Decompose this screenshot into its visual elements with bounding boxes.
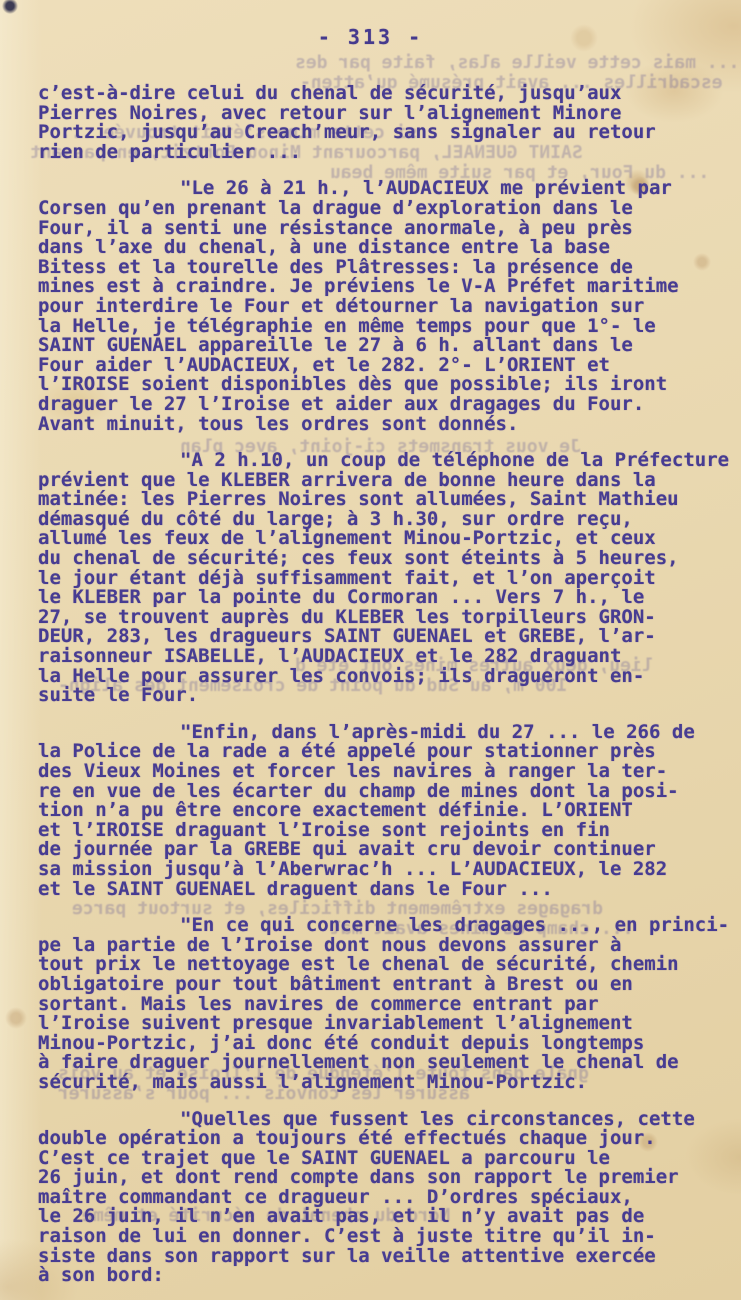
page-number: - 313 - xyxy=(0,25,741,49)
text-line: sécurité, mais aussi l’alignement Minou-… xyxy=(38,1073,714,1093)
text-line: matinée: les Pierres Noires sont allumée… xyxy=(38,490,714,510)
text-line: "En ce qui concerne les dragages ..., en… xyxy=(180,916,714,936)
text-line: tout prix le nettoyage est le chenal de … xyxy=(38,955,714,975)
text-line: obligatoire pour tout bâtiment entrant à… xyxy=(38,975,714,995)
text-line: raison de lui en donner. C’est à juste t… xyxy=(38,1227,714,1247)
text-line: du chenal de sécurité; ces feux sont éte… xyxy=(38,549,714,569)
text-line: à faire draguer journellement non seulem… xyxy=(38,1053,714,1073)
text-line: Portzic, jusqu’au Creach’meur, sans sign… xyxy=(38,123,714,143)
text-line: le KLEBER par la pointe du Cormoran ... … xyxy=(38,588,714,608)
text-line: mines est à craindre. Je préviens le V-A… xyxy=(38,277,714,297)
text-line: Avant minuit, tous les ordres sont donné… xyxy=(38,415,714,435)
text-line: "A 2 h.10, un coup de téléphone de la Pr… xyxy=(180,451,714,471)
text-line: à son bord: xyxy=(38,1266,714,1286)
text-line: SAINT GUENAEL appareille le 27 à 6 h. al… xyxy=(38,336,714,356)
paragraph-3: "A 2 h.10, un coup de téléphone de la Pr… xyxy=(38,451,714,706)
text-line: raisonneur ISABELLE, l’AUDACIEUX et le 2… xyxy=(38,647,714,667)
paragraph-6: "Quelles que fussent les circonstances, … xyxy=(38,1110,714,1286)
text-line: suite le Four. xyxy=(38,686,714,706)
text-line: rien de particulier ... xyxy=(38,143,714,163)
paragraph-2: "Le 26 à 21 h., l’AUDACIEUX me prévient … xyxy=(38,179,714,434)
text-line: l’Iroise suivent presque invariablement … xyxy=(38,1014,714,1034)
text-line: des Vieux Moines et forcer les navires à… xyxy=(38,762,714,782)
text-line: dans l’axe du chenal, à une distance ent… xyxy=(38,238,714,258)
text-line: sa mission jusqu’à l’Aberwrac’h ... L’AU… xyxy=(38,860,714,880)
text-line: draguer le 27 l’Iroise et aider aux drag… xyxy=(38,395,714,415)
text-line: 26 juin, et dont rend compte dans son ra… xyxy=(38,1168,714,1188)
paragraph-4: "Enfin, dans l’après-midi du 27 ... le 2… xyxy=(38,723,714,899)
paragraph-1: c’est-à-dire celui du chenal de sécurité… xyxy=(38,84,714,162)
paragraph-5: "En ce qui concerne les dragages ..., en… xyxy=(38,916,714,1092)
document-body: c’est-à-dire celui du chenal de sécurité… xyxy=(38,84,714,1300)
document-page: ... mais cette veille alas, faite par de… xyxy=(0,0,741,1300)
text-line: l’IROISE soient disponibles dès que poss… xyxy=(38,375,714,395)
bleedthrough-line: ... mais cette veille alas, faite par de… xyxy=(295,52,739,73)
text-line: et le SAINT GUENAEL draguent dans le Fou… xyxy=(38,880,714,900)
text-line: pour interdire le Four et détourner la n… xyxy=(38,297,714,317)
text-line: Corsen qu’en prenant la drague d’explora… xyxy=(38,199,714,219)
text-line: c’est-à-dire celui du chenal de sécurité… xyxy=(38,84,714,104)
text-line: tion n’a pu être encore exactement défin… xyxy=(38,801,714,821)
text-line: double opération a toujours été effectué… xyxy=(38,1129,714,1149)
